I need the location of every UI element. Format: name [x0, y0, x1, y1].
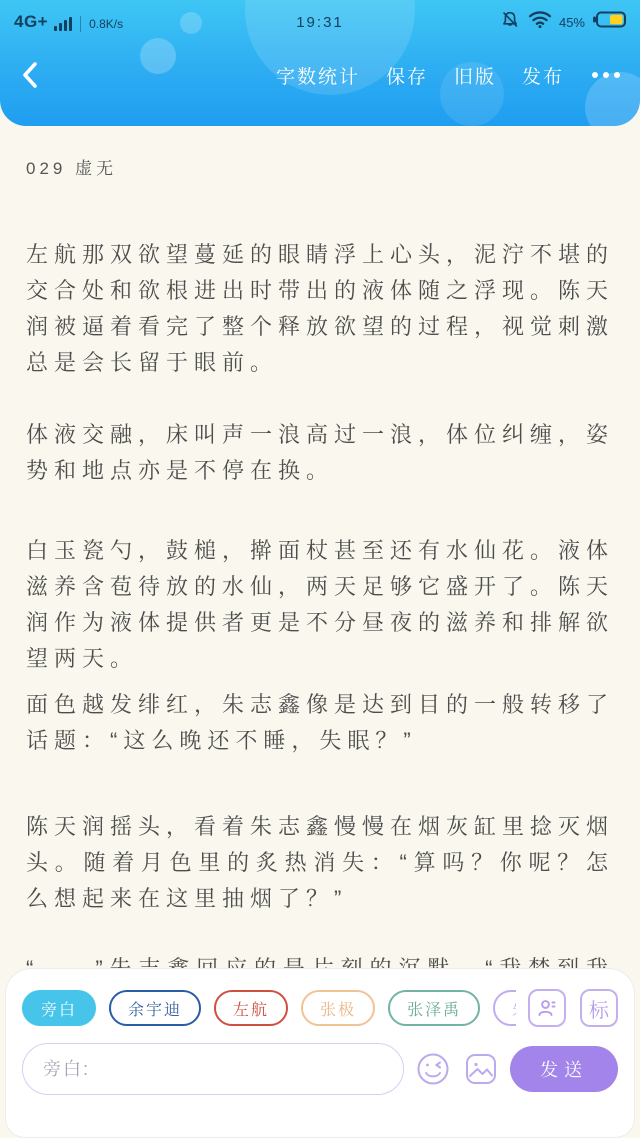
paragraph: 白玉瓷勺，鼓槌，擀面杖甚至还有水仙花。液体滋养含苞待放的水仙，两天足够它盛开了。… — [26, 533, 614, 677]
chip-yuyudi[interactable]: 余宇迪 — [109, 990, 201, 1026]
more-menu-icon[interactable] — [590, 66, 622, 84]
tag-button[interactable]: 标 — [580, 989, 618, 1027]
back-button[interactable] — [18, 55, 58, 95]
chip-tools: 标 — [528, 989, 618, 1027]
chip-zuohang[interactable]: 左航 — [214, 990, 288, 1026]
wifi-icon — [528, 10, 552, 34]
paragraph: 陈天润摇头，看着朱志鑫慢慢在烟灰缸里捻灭烟头。随着月色里的炙热消失：“算吗？你呢… — [26, 809, 614, 917]
battery-percent-label: 45% — [559, 15, 585, 30]
app-header: 4G+ 0.8K/s 19:31 45 — [0, 0, 640, 126]
character-chips-row: 旁白 余宇迪 左航 张极 张泽禹 朱志鑫 标 — [22, 989, 618, 1027]
emoji-smiley-icon[interactable] — [415, 1050, 452, 1088]
nav-bar: 字数统计 保存 旧版 发布 — [0, 44, 640, 114]
chip-zhuzhixin[interactable]: 朱志鑫 — [493, 990, 516, 1026]
chip-zhangzeyu[interactable]: 张泽禹 — [388, 990, 480, 1026]
contact-card-icon[interactable] — [528, 989, 566, 1027]
send-button[interactable]: 发送 — [510, 1046, 618, 1092]
chip-narrator[interactable]: 旁白 — [22, 990, 96, 1026]
mute-bell-icon — [499, 9, 521, 36]
chapter-title: 029 虚无 — [26, 154, 614, 179]
composer-panel: 旁白 余宇迪 左航 张极 张泽禹 朱志鑫 标 — [5, 968, 635, 1138]
battery-icon — [592, 11, 626, 33]
nav-actions: 字数统计 保存 旧版 发布 — [276, 62, 622, 89]
nav-word-count[interactable]: 字数统计 — [276, 62, 360, 89]
character-chips-scroll[interactable]: 旁白 余宇迪 左航 张极 张泽禹 朱志鑫 — [22, 990, 516, 1026]
message-input[interactable] — [22, 1043, 404, 1095]
nav-old-version[interactable]: 旧版 — [454, 62, 496, 89]
chip-zhangji[interactable]: 张极 — [301, 990, 375, 1026]
nav-save[interactable]: 保存 — [386, 62, 428, 89]
paragraph: 面色越发绯红，朱志鑫像是达到目的一般转移了话题：“这么晚还不睡，失眠？” — [26, 687, 614, 759]
message-input-row: 发送 — [22, 1043, 618, 1095]
paragraph: 体液交融，床叫声一浪高过一浪，体位纠缠，姿势和地点亦是不停在换。 — [26, 417, 614, 489]
chapter-content: 029 虚无 左航那双欲望蔓延的眼睛浮上心头，泥泞不堪的交合处和欲根进出时带出的… — [0, 126, 640, 1023]
status-bar: 4G+ 0.8K/s 19:31 45 — [0, 0, 640, 44]
nav-publish[interactable]: 发布 — [522, 62, 564, 89]
image-picker-icon[interactable] — [463, 1050, 500, 1088]
status-right: 45% — [499, 9, 626, 36]
paragraph: 左航那双欲望蔓延的眼睛浮上心头，泥泞不堪的交合处和欲根进出时带出的液体随之浮现。… — [26, 237, 614, 381]
